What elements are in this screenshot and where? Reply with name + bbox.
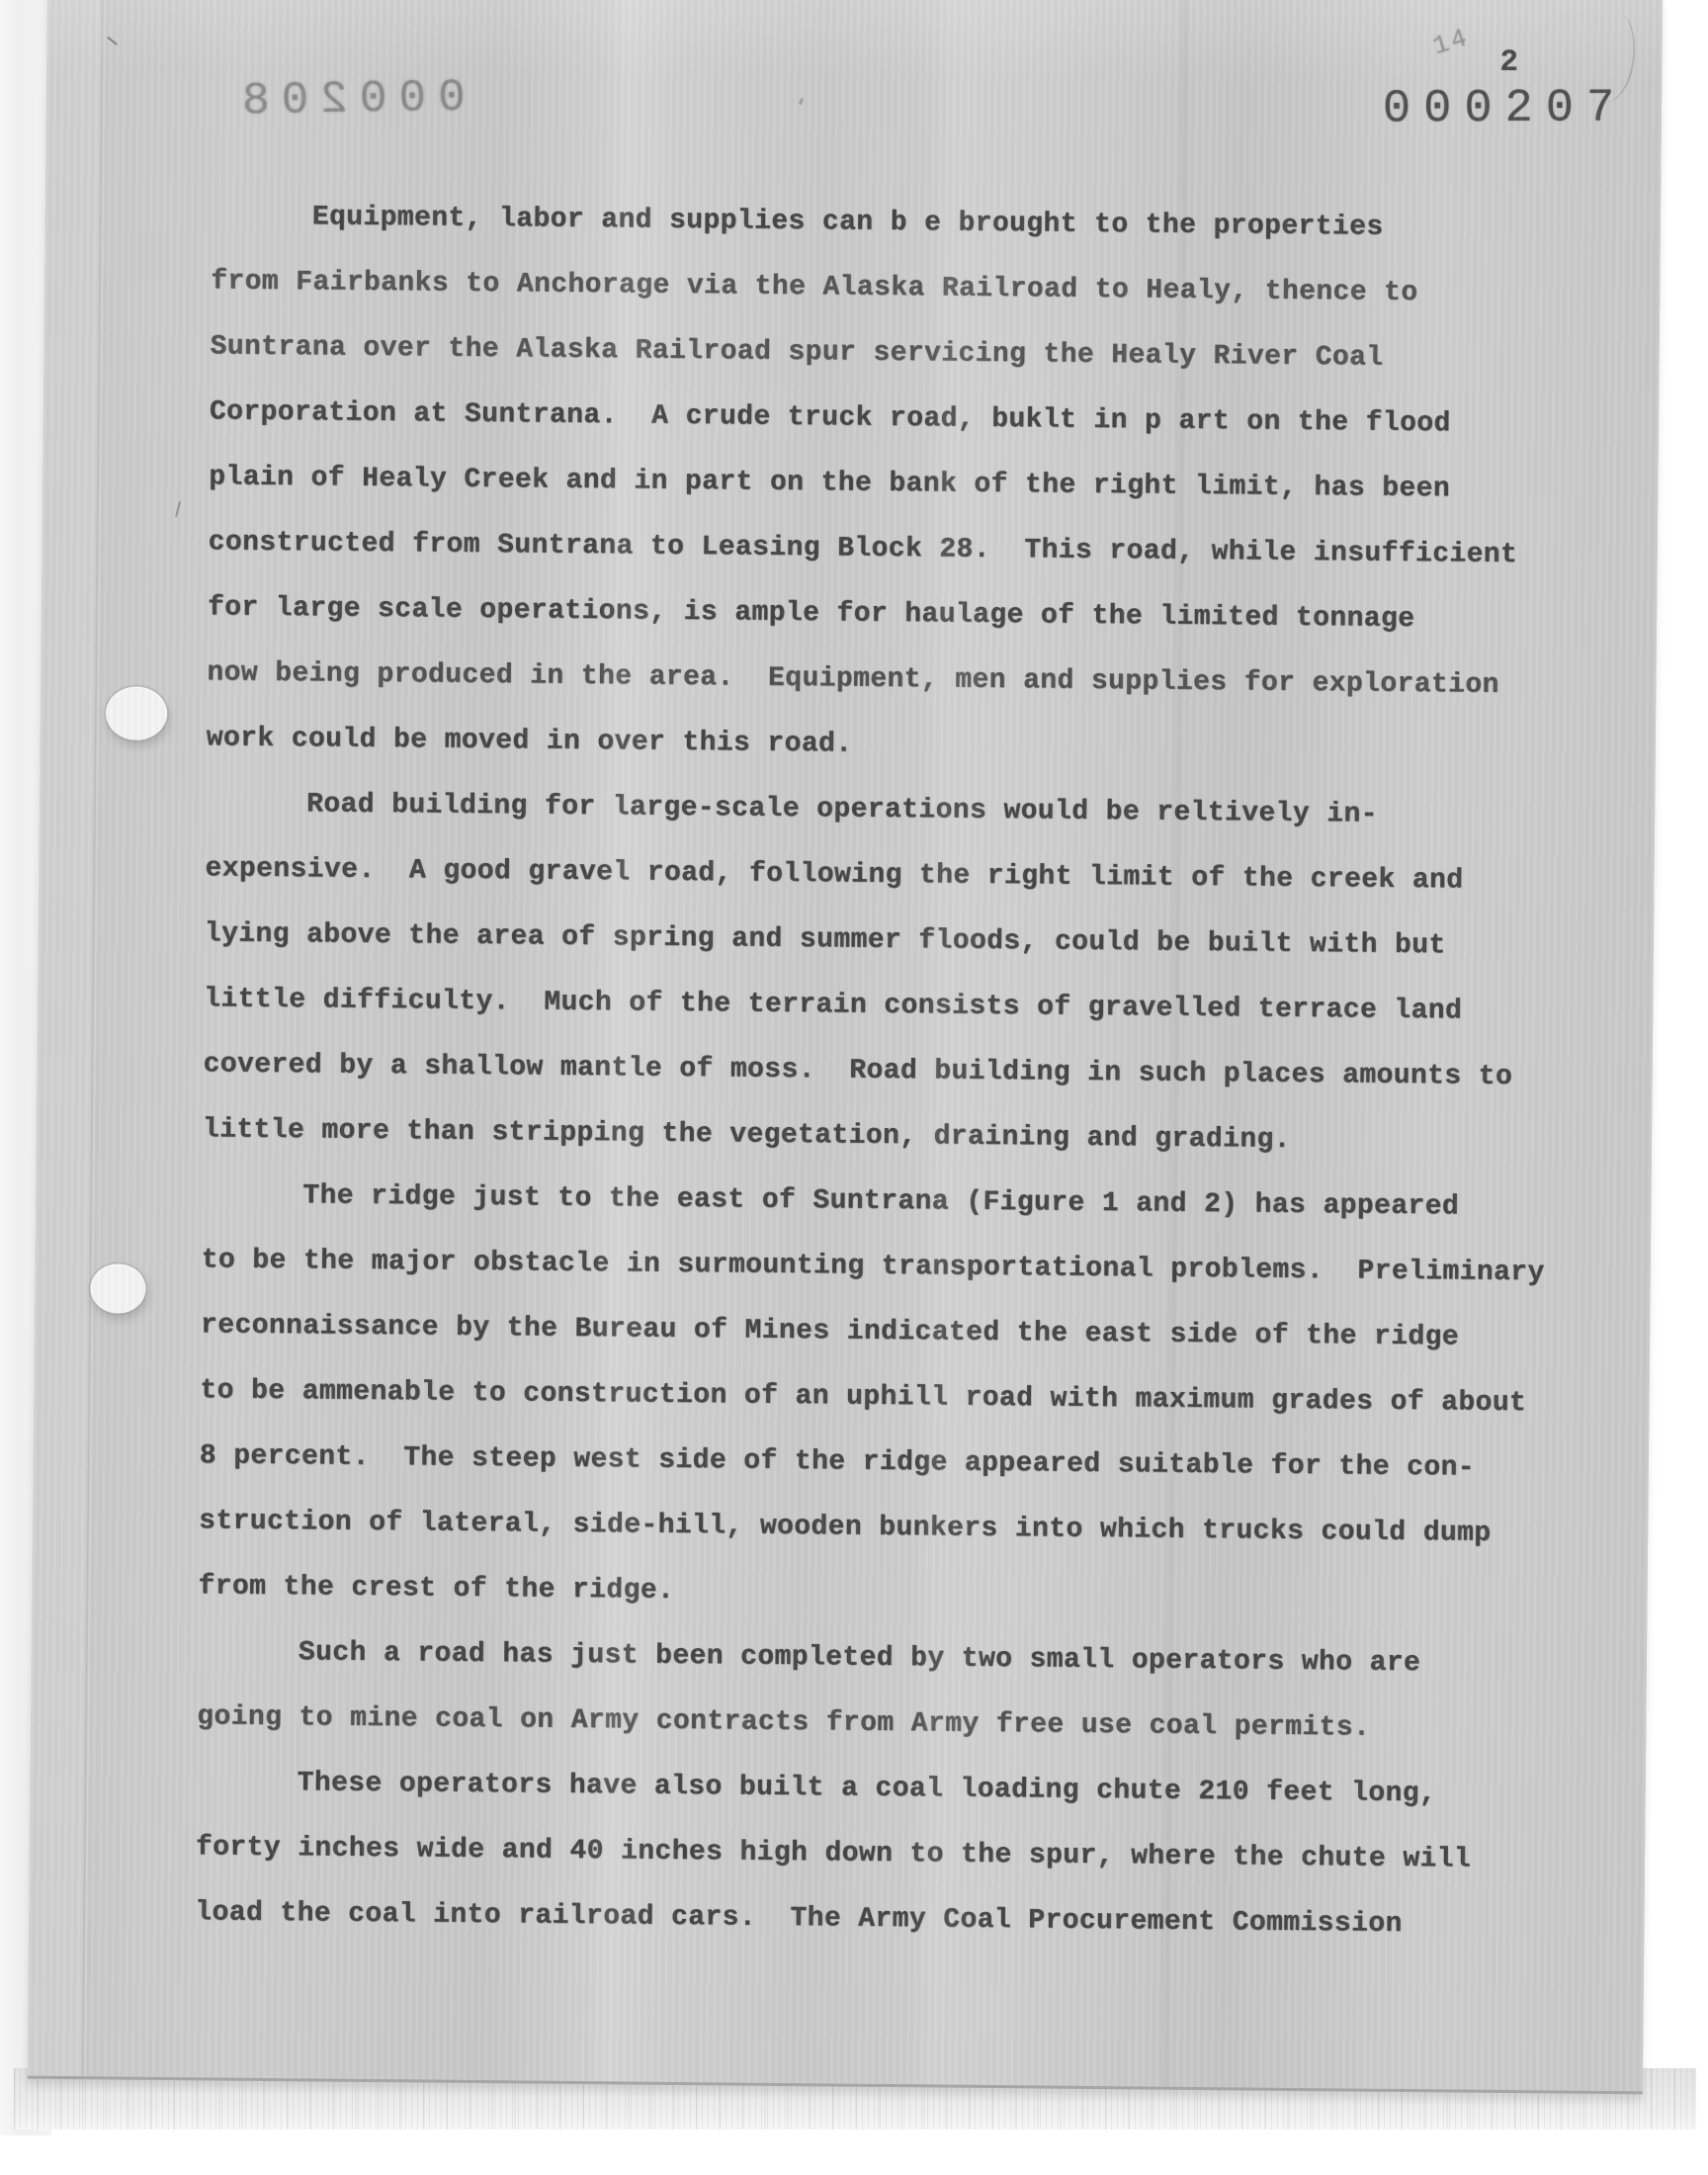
typed-body-text: Equipment, labor and supplies can b e br… <box>195 184 1548 1958</box>
text-line: now being produced in the area. Equipmen… <box>207 641 1544 719</box>
document-page: 000208 000207 2 14 Equipment, labor and … <box>28 0 1663 2094</box>
typed-page-number: 2 <box>1499 45 1518 80</box>
punch-hole <box>106 686 168 740</box>
text-line: going to mine coal on Army contracts fro… <box>197 1685 1534 1763</box>
text-line: Suntrana over the Alaska Railroad spur s… <box>210 314 1547 392</box>
pencil-mark: 14 <box>1429 23 1474 62</box>
bleedthrough-page-stamp: 000208 <box>230 72 466 128</box>
text-line: load the coal into railroad cars. The Ar… <box>195 1880 1532 1958</box>
stray-ink-mark <box>799 98 804 106</box>
stray-ink-mark <box>107 37 118 45</box>
punch-hole <box>90 1263 145 1314</box>
crease-mark <box>1579 10 1641 107</box>
stray-ink-mark <box>175 501 181 517</box>
